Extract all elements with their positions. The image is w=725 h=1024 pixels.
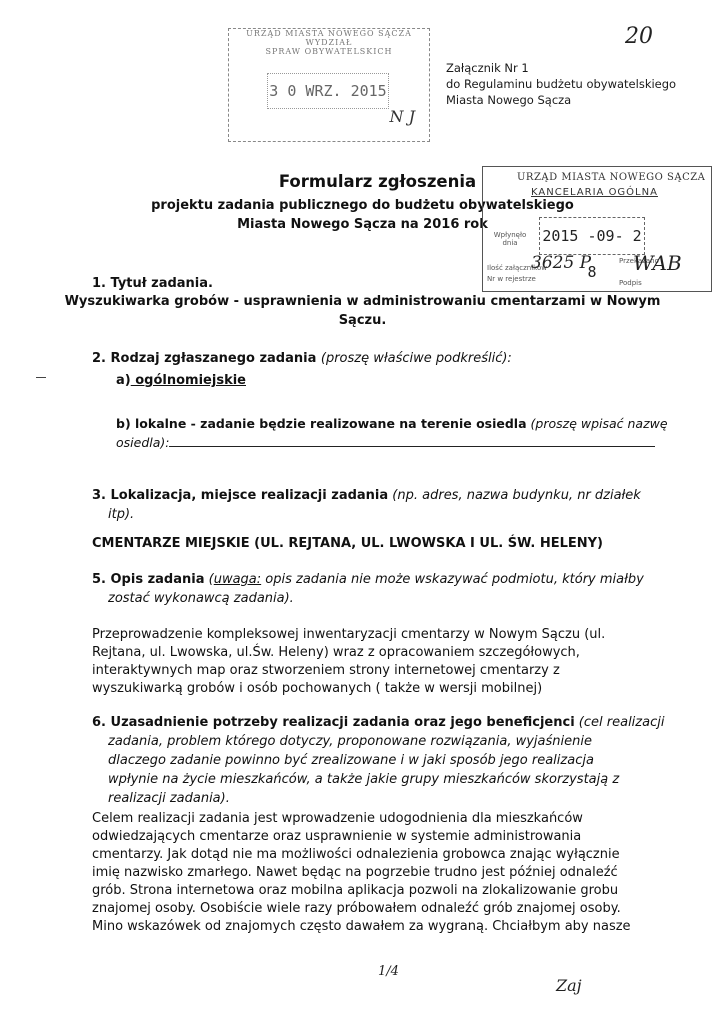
annex-line-2: do Regulaminu budżetu obywatelskiego [446,76,676,92]
justification-line: znajomej osoby. Osobiście wiele razy pró… [92,900,682,918]
section-1-heading: 1. Tytuł zadania. [92,274,213,293]
section-3-heading: 3. Lokalizacja, miejsce realizacji zadan… [92,486,677,524]
registry-stamp-header: URZĄD MIASTA NOWEGO SĄCZA [517,172,705,183]
section-6-hint-line: wpłynie na życie mieszkańców, a także ja… [92,770,677,789]
option-b-hint: (proszę wpisać nazwę [531,416,668,431]
option-b-hint-2: osiedla): [116,435,169,450]
forwarded-handwritten: WAB [633,251,682,275]
signature-label: Podpis [619,279,642,287]
justification-text: Celem realizacji zadania jest wprowadzen… [92,810,682,936]
option-a-label-underlined: ogólnomiejskie [131,373,246,388]
stamp-line-2: WYDZIAŁ [229,38,429,47]
description-line: Przeprowadzenie kompleksowej inwentaryza… [92,626,682,644]
option-a-prefix: a) [116,373,131,388]
attachments-handwritten: 3625 P [531,253,591,273]
section-3-hint: (np. adres, nazwa budynku, nr działek [392,488,641,503]
annex-line-3: Miasta Nowego Sącza [446,92,676,108]
justification-line: imię nazwisko zmarłego. Nawet będąc na p… [92,864,682,882]
option-b-label: b) lokalne - zadanie będzie realizowane … [116,416,527,431]
description-line: Rejtana, ul. Lwowska, ul.Św. Heleny) wra… [92,644,682,662]
justification-line: Celem realizacji zadania jest wprowadzen… [92,810,682,828]
description-line: wyszukiwarką grobów i osób pochowanych (… [92,680,682,698]
section-6-hint-line: dlaczego zadanie powinno być zrealizowan… [92,751,677,770]
justification-line: Mino wskazówek od znajomych często dawał… [92,918,682,936]
justification-line: cmentarzy. Jak dotąd nie ma możliwości o… [92,846,682,864]
section-5-heading: 5. Opis zadania (uwaga: opis zadania nie… [92,570,677,608]
section-6-heading: 6. Uzasadnienie potrzeby realizacji zada… [92,713,677,808]
task-title-line-1: Wyszukiwarka grobów - usprawnienia w adm… [0,292,725,311]
registry-stamp: URZĄD MIASTA NOWEGO SĄCZA KANCELARIA OGÓ… [482,166,712,292]
section-6-title: 6. Uzasadnienie potrzeby realizacji zada… [92,715,575,730]
registry-stamp-subheader: KANCELARIA OGÓLNA [531,187,658,198]
page-indicator: 1/4 [378,964,399,979]
annex-header: Załącznik Nr 1 do Regulaminu budżetu oby… [446,60,676,108]
section-2-hint: (proszę właściwe podkreślić): [321,351,512,366]
department-stamp: URZĄD MIASTA NOWEGO SĄCZA WYDZIAŁ SPRAW … [228,28,430,142]
stamp-date: 3 0 WRZ. 2015 [267,73,389,109]
annex-line-1: Załącznik Nr 1 [446,60,676,76]
section-3-title: 3. Lokalizacja, miejsce realizacji zadan… [92,488,388,503]
location-value: CMENTARZE MIEJSKIE (UL. REJTANA, UL. LWO… [92,536,603,551]
stamp-initials: N J [390,107,416,126]
section-2-heading: 2. Rodzaj zgłaszanego zadania (proszę wł… [92,349,512,368]
task-title: Wyszukiwarka grobów - usprawnienia w adm… [0,292,725,330]
option-b: b) lokalne - zadanie będzie realizowane … [116,414,676,452]
section-6-hint-line: (cel realizacji [579,715,665,730]
description-line: interaktywnych map oraz stworzeniem stro… [92,662,682,680]
section-2-title: 2. Rodzaj zgłaszanego zadania [92,351,316,366]
section-5-hint: opis zadania nie może wskazywać podmiotu… [265,572,644,587]
justification-line: grób. Strona internetowa oraz mobilna ap… [92,882,682,900]
register-label: Nr w rejestrze [487,275,536,283]
task-description: Przeprowadzenie kompleksowej inwentaryza… [92,626,682,698]
task-title-line-2: Sączu. [0,311,725,330]
stamp-line-1: URZĄD MIASTA NOWEGO SĄCZA [229,29,429,38]
justification-line: odwiedzających cmentarze oraz usprawnien… [92,828,682,846]
margin-mark [36,377,46,378]
received-label: Wpłynęło dnia [487,231,533,247]
option-a: a) ogólnomiejskie [116,373,246,388]
received-date: 2015 -09- 2 8 [539,217,645,255]
section-3-hint-2: itp). [92,507,134,522]
stamp-line-3: SPRAW OBYWATELSKICH [229,47,429,56]
section-5-hint-label: uwaga: [214,572,261,587]
section-5-title: 5. Opis zadania [92,572,205,587]
estate-name-field[interactable] [169,434,655,447]
section-6-hint-line: zadania, problem którego dotyczy, propon… [92,732,677,751]
section-5-hint-2: zostać wykonawcą zadania). [92,591,294,606]
handwritten-page-number: 20 [625,24,653,49]
signature: Zaj [556,976,582,995]
section-6-hint-line: realizacji zadania). [92,789,677,808]
